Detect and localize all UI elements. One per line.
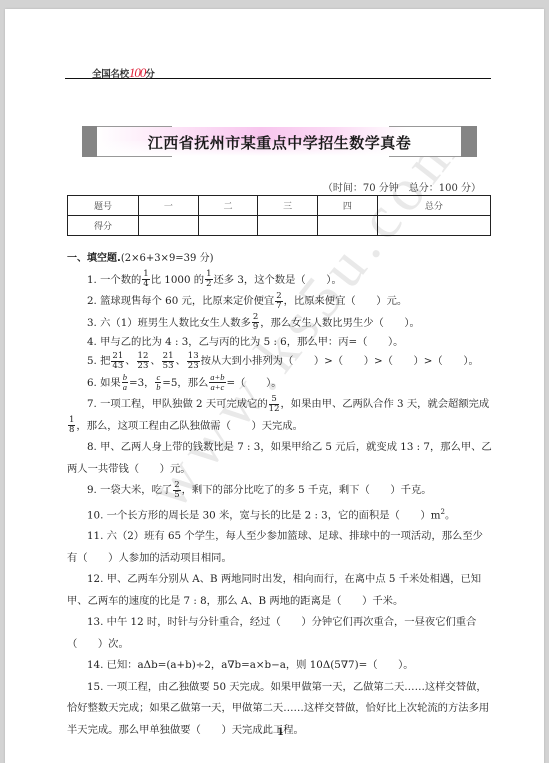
table-header-cell: 四 <box>318 196 378 216</box>
table-row: 得分 <box>68 216 491 236</box>
question-text: =5，那么 <box>162 377 208 389</box>
question-text: 比 1000 的 <box>151 274 204 286</box>
score-table: 题号 一 二 三 四 总分 得分 <box>67 195 491 236</box>
denominator: 23 <box>137 362 150 371</box>
score-cell <box>377 216 490 236</box>
question-text: 还多 3，这个数是（ ）。 <box>214 274 342 286</box>
question-text: 9. 一袋大米，吃了 <box>87 484 172 496</box>
fraction: 14 <box>142 270 149 289</box>
fraction: 2143 <box>111 352 124 371</box>
question-text: ，比原来便宜（ ）元。 <box>284 295 408 307</box>
question-text: 6. 如果 <box>87 377 121 389</box>
numerator: 21 <box>162 352 175 362</box>
question-text: 按从大到小排列为（ ）>（ ）>（ ）>（ ）。 <box>201 355 479 367</box>
section-points: (2×6+3×9=39 分) <box>121 253 214 264</box>
question-2: 2. 篮球现售每个 60 元，比原来定价便宜27，比原来便宜（ ）元。 <box>67 291 493 313</box>
denominator: 5 <box>173 491 180 500</box>
question-7: 7. 一项工程，甲队独做 2 天可完成它的512，如果由甲、乙两队合作 3 天，… <box>67 394 493 437</box>
denominator: 43 <box>111 362 124 371</box>
fraction: 25 <box>173 481 180 500</box>
question-text: ，那么女生人数比男生少（ ）。 <box>260 317 420 329</box>
score-cell <box>258 216 318 236</box>
document-page: www.ks5u.com 全国名校100分 江西省抚州市某重点中学招生数学真卷 … <box>5 9 544 763</box>
page-title: 江西省抚州市某重点中学招生数学真卷 <box>82 132 477 153</box>
denominator: 23 <box>187 362 200 371</box>
fraction: 12 <box>205 270 212 289</box>
question-12: 12. 甲、乙两车分别从 A、B 两地同时出发，相向而行，在离中点 5 千米处相… <box>67 569 493 612</box>
title-banner-line <box>389 156 461 157</box>
question-1: 1. 一个数的14比 1000 的12还多 3，这个数是（ ）。 <box>67 270 493 292</box>
denominator: 8 <box>68 426 75 435</box>
denominator: 2 <box>205 280 212 289</box>
page-number: 1 <box>277 727 284 738</box>
numerator: 12 <box>137 352 150 362</box>
fraction: 29 <box>252 313 259 332</box>
question-text: 7. 一项工程，甲队独做 2 天可完成它的 <box>87 398 268 410</box>
question-text: 3. 六（1）班男生人数比女生人数多 <box>87 317 251 329</box>
question-6: 6. 如果ba=3，cb=5，那么a+ba+c=（ ）。 <box>67 373 493 395</box>
table-header-cell: 题号 <box>68 196 139 216</box>
score-cell <box>318 216 378 236</box>
question-text: =3， <box>129 377 154 389</box>
question-10: 10. 一个长方形的周长是 30 米，宽与长的比是 2 : 3，它的面积是（ ）… <box>67 502 493 527</box>
score-cell <box>139 216 199 236</box>
question-text: 5. 把 <box>87 355 110 367</box>
fraction: 2153 <box>162 352 175 371</box>
question-14: 14. 已知：aΔb=(a+b)÷2，a∇b=a×b−a，则 10Δ(5∇7)=… <box>67 655 493 677</box>
denominator: 4 <box>142 280 149 289</box>
table-header-cell: 二 <box>198 196 258 216</box>
questions-section: 一、填空题.(2×6+3×9=39 分) 1. 一个数的14比 1000 的12… <box>67 248 493 741</box>
title-banner-line <box>97 126 172 127</box>
question-text: 10. 一个长方形的周长是 30 米，宽与长的比是 2 : 3，它的面积是（ ）… <box>87 509 440 521</box>
table-header-cell: 三 <box>258 196 318 216</box>
fraction: 512 <box>269 395 280 414</box>
denominator: b <box>155 383 161 392</box>
question-text: 1. 一个数的 <box>87 274 141 286</box>
exam-meta: （时间：70 分钟 总分：100 分） <box>323 179 481 194</box>
table-header-cell: 一 <box>139 196 199 216</box>
denominator: 12 <box>269 405 280 414</box>
title-banner: 江西省抚州市某重点中学招生数学真卷 <box>82 126 477 157</box>
denominator: 7 <box>275 302 282 311</box>
numerator: 13 <box>187 352 200 362</box>
fraction: 27 <box>275 292 282 311</box>
question-text: ，如果由甲、乙两队合作 3 天，就会超额完成 <box>280 398 489 410</box>
question-text: 2. 篮球现售每个 60 元，比原来定价便宜 <box>87 295 274 307</box>
title-banner-line <box>389 126 461 127</box>
numerator: 21 <box>111 352 124 362</box>
table-row: 题号 一 二 三 四 总分 <box>68 196 491 216</box>
question-text: =（ ）。 <box>227 377 282 389</box>
section-title: 一、填空题. <box>67 253 121 264</box>
title-banner-line <box>97 156 172 157</box>
fraction: cb <box>155 373 161 392</box>
question-4: 4. 甲与乙的比为 4 : 3，乙与丙的比为 5 : 6，那么甲：丙=（ ）。 <box>67 334 493 351</box>
question-3: 3. 六（1）班男生人数比女生人数多29，那么女生人数比男生少（ ）。 <box>67 313 493 335</box>
table-header-cell: 总分 <box>377 196 490 216</box>
fraction: ba <box>122 373 128 392</box>
section-heading: 一、填空题.(2×6+3×9=39 分) <box>67 248 493 270</box>
question-text: ，那么，这项工程由乙队独做需（ ）天完成。 <box>76 420 303 432</box>
question-13: 13. 中午 12 时，时针与分针重合，经过（ ）分钟它们再次重合，一昼夜它们重… <box>67 612 493 655</box>
fraction: 1323 <box>187 352 200 371</box>
question-8: 8. 甲、乙两人身上带的钱数比是 7 : 3，如果甲给乙 5 元后，就变成 13… <box>67 437 493 480</box>
question-text: ，剩下的部分比吃了的多 5 千克，剩下（ ）千克。 <box>182 484 432 496</box>
fraction: 1223 <box>137 352 150 371</box>
question-text: 。 <box>445 509 455 521</box>
table-row-label: 得分 <box>68 216 139 236</box>
header-rule <box>65 78 491 79</box>
denominator: 9 <box>252 323 259 332</box>
fraction: a+ba+c <box>209 373 225 392</box>
denominator: a+c <box>209 383 225 392</box>
question-9: 9. 一袋大米，吃了25，剩下的部分比吃了的多 5 千克，剩下（ ）千克。 <box>67 480 493 502</box>
question-5: 5. 把2143、1223、2153、1323按从大到小排列为（ ）>（ ）>（… <box>67 351 493 373</box>
denominator: a <box>122 383 128 392</box>
denominator: 53 <box>162 362 175 371</box>
numerator: 2 <box>275 292 282 302</box>
fraction: 18 <box>68 416 75 435</box>
score-cell <box>198 216 258 236</box>
numerator: 5 <box>269 395 280 405</box>
numerator: 2 <box>173 481 180 491</box>
question-11: 11. 六（2）班有 65 个学生，每人至少参加篮球、足球、排球中的一项活动，那… <box>67 526 493 569</box>
